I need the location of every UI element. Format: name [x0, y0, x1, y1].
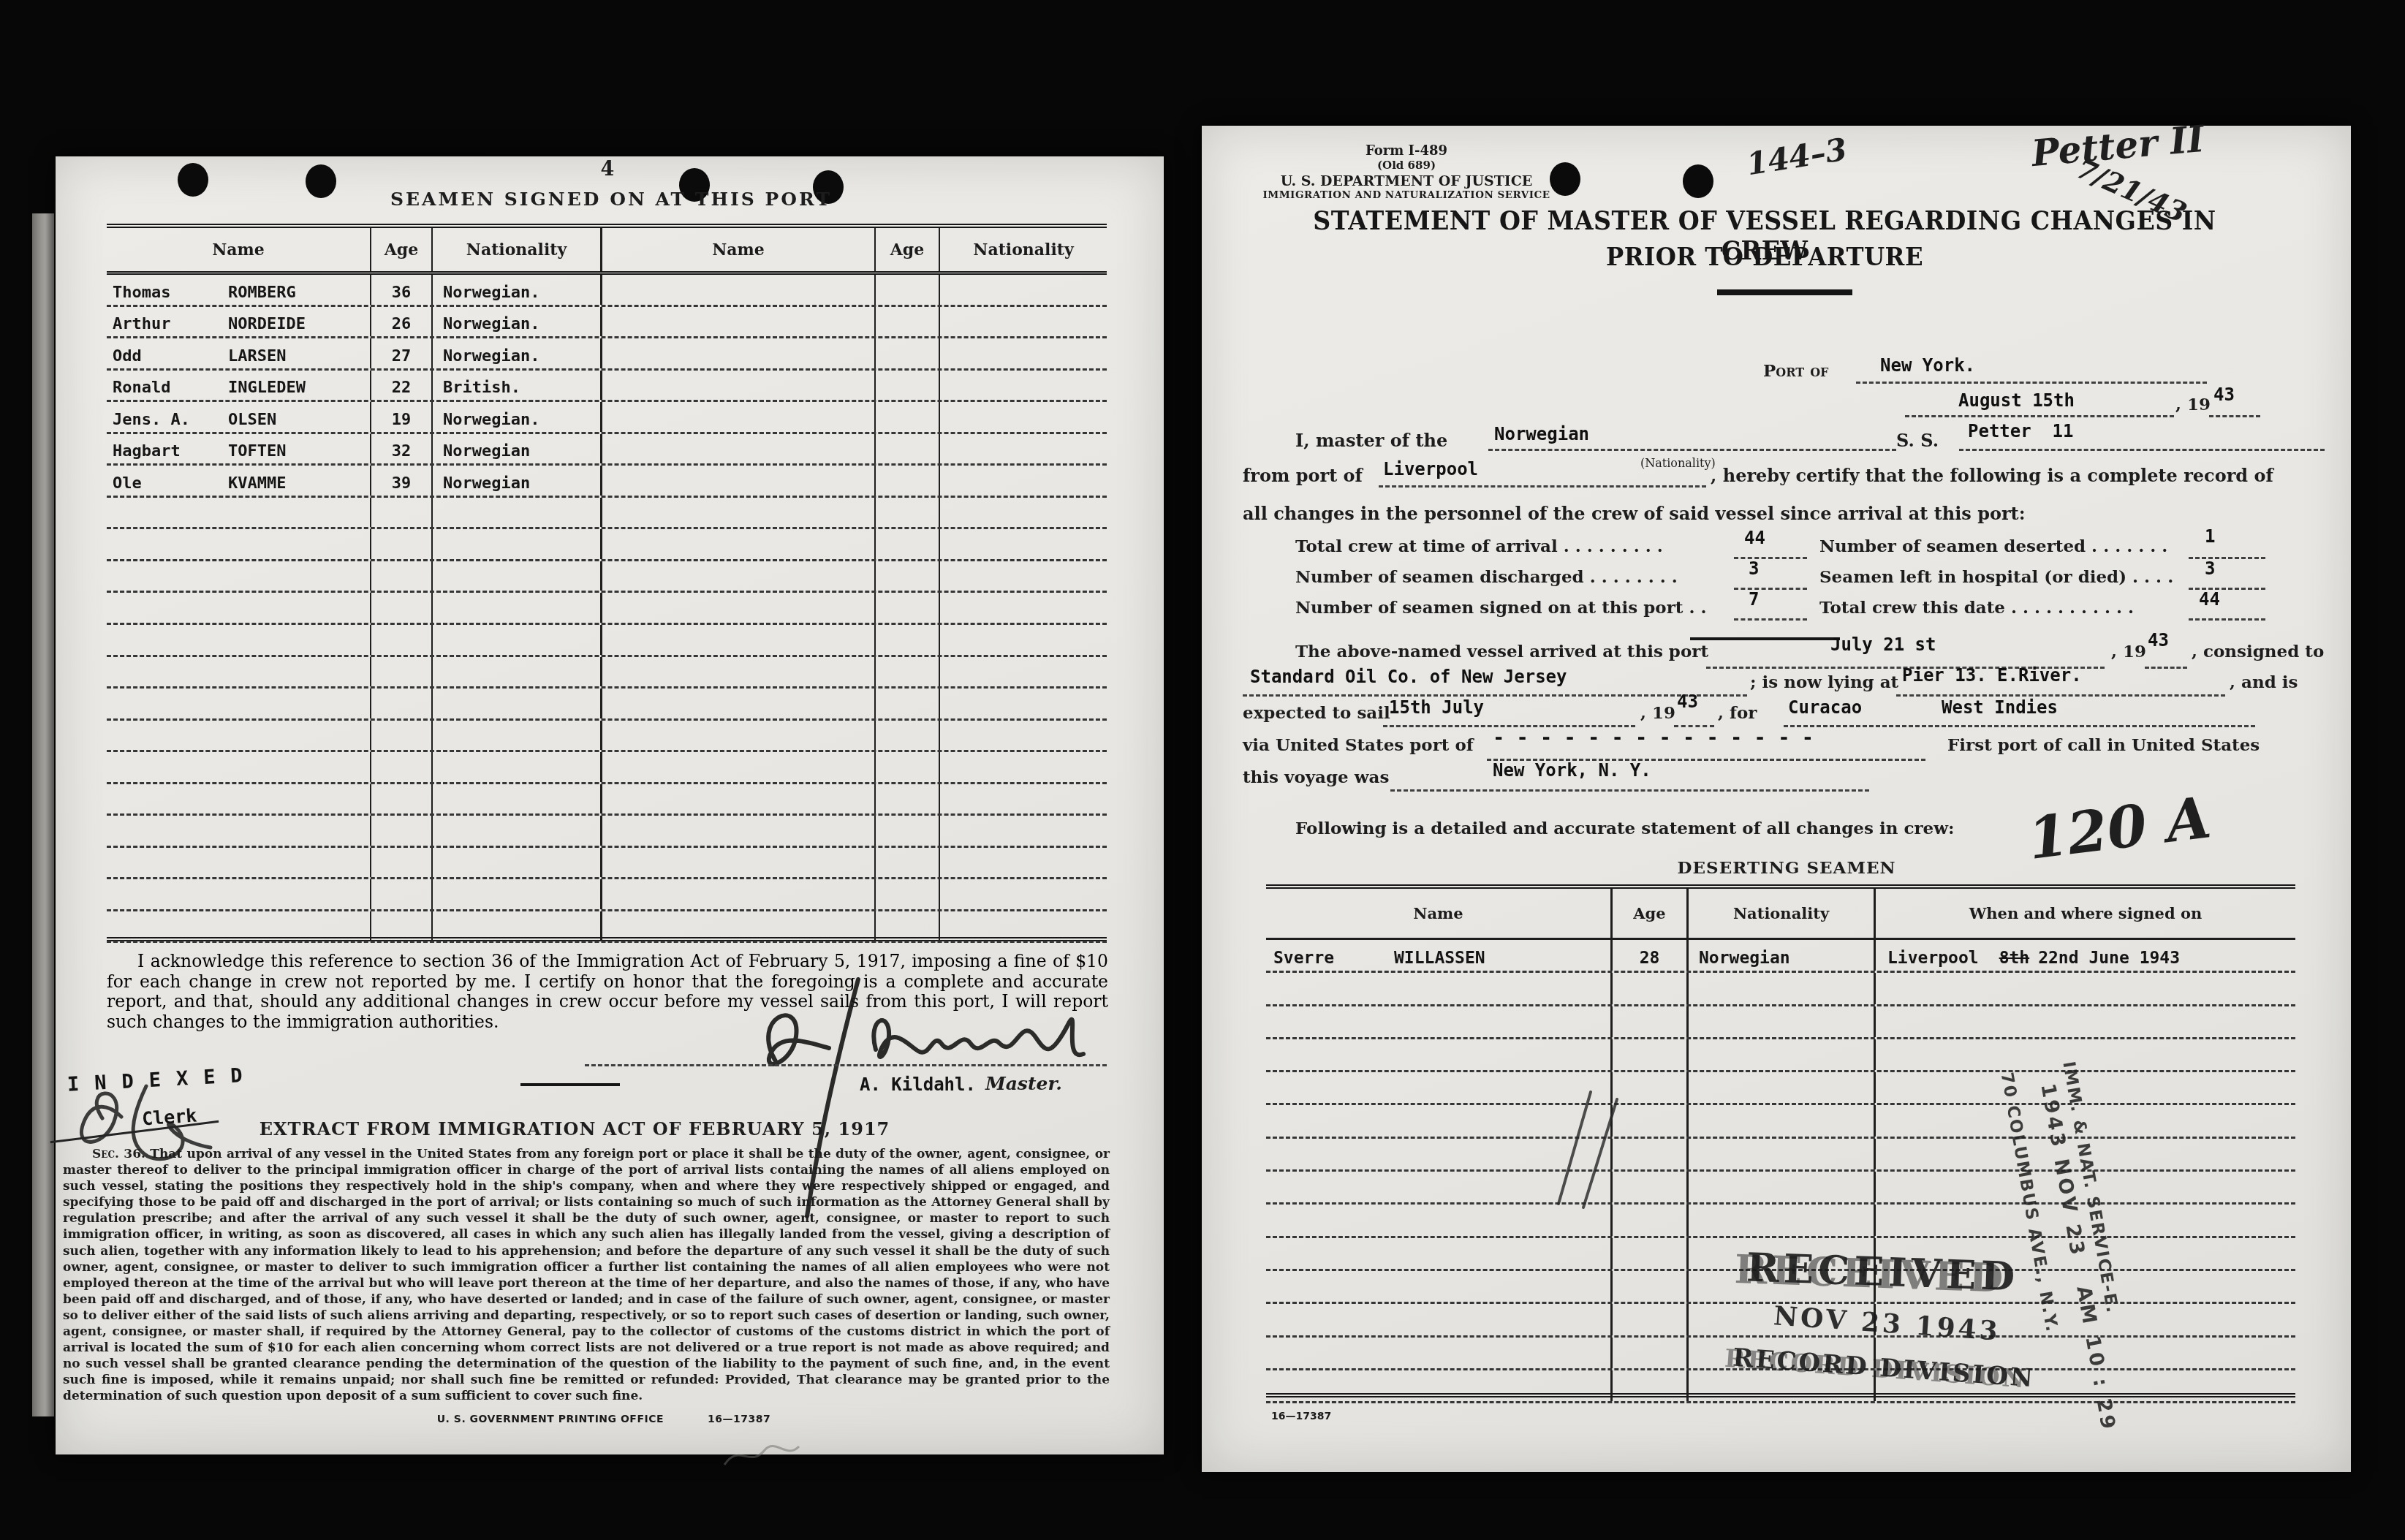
arrive-date-value: July 21 st: [1830, 634, 1936, 655]
for-label: , for: [1718, 703, 1757, 723]
section-label: Sec. 36.: [92, 1147, 145, 1161]
divider-rule: [520, 1083, 620, 1086]
form-title-line2: PRIOR TO DEPARTURE: [1286, 243, 2244, 272]
port-value: New York.: [1880, 355, 1975, 376]
stat-blank-line: [2189, 618, 2265, 621]
table-row-empty: [1266, 1006, 2295, 1039]
stat-hospital-value: 3: [2205, 558, 2215, 579]
given-name: Hagbart: [107, 442, 228, 460]
nationality: Norwegian: [1699, 949, 1790, 968]
via-port-label: via United States port of: [1243, 735, 1474, 755]
table-row: OddLARSEN 27 Norwegian.: [107, 338, 1107, 371]
and-is-label: , and is: [2230, 672, 2298, 692]
handwritten-file-number: 144–3: [1744, 132, 1849, 183]
right-page: Form I-489 (Old 689) U. S. DEPARTMENT OF…: [1202, 126, 2351, 1472]
service-address-line2: 70 COLUMBUS AVE., N.Y.: [1996, 1071, 2062, 1335]
punch-hole: [1683, 164, 1713, 198]
from-port-label: from port of: [1243, 465, 1363, 486]
age: 28: [1640, 949, 1660, 968]
printed-19: , 19: [1640, 703, 1675, 723]
given-name: Odd: [107, 347, 228, 365]
given-name: Sverre: [1266, 949, 1394, 968]
extract-heading: EXTRACT FROM IMMIGRATION ACT OF FEBRUARY…: [99, 1118, 1050, 1139]
page-edge-strip: [32, 213, 54, 1416]
first-port-label: First port of call in United States: [1947, 735, 2260, 755]
received-stamp: RECEIVED: [1746, 1244, 2020, 1300]
stat-deserted-value: 1: [2205, 526, 2215, 547]
stat-total-date-value: 44: [2199, 589, 2220, 610]
nationality-caption: (Nationality): [1640, 456, 1716, 470]
lying-value: Pier 13. E.River.: [1902, 665, 2082, 686]
nationality: British.: [443, 379, 520, 397]
table-row: Jens. A.OLSEN 19 Norwegian.: [107, 402, 1107, 434]
consigned-label: , consigned to: [2192, 642, 2324, 661]
column-header-nationality: Nationality: [1689, 889, 1876, 938]
following-line: Following is a detailed and accurate sta…: [1295, 819, 1954, 838]
age: 27: [392, 347, 412, 365]
title-underline: [1717, 289, 1852, 295]
table-row: ArthurNORDEIDE 26 Norwegian.: [107, 307, 1107, 339]
certify-label: , hereby certify that the following is a…: [1711, 465, 2273, 486]
signature-title: Master.: [985, 1073, 1062, 1094]
given-name: Ole: [107, 474, 228, 493]
surname: NORDEIDE: [228, 315, 306, 333]
voyage-blank: [1390, 789, 1869, 792]
table-row-empty: [107, 816, 1107, 848]
punch-hole: [178, 163, 208, 197]
surname: LARSEN: [228, 347, 286, 365]
master-of-label: I, master of the: [1295, 430, 1447, 451]
punch-hole: [1550, 162, 1580, 196]
given-name: Thomas: [107, 284, 228, 302]
section-divider-rule: [1690, 637, 1840, 640]
nationality: Norwegian.: [443, 411, 539, 429]
page-number: 4: [593, 158, 622, 181]
handwritten-slash-marks: [1545, 1083, 1633, 1215]
destination-region-value: West Indies: [1942, 697, 2058, 718]
consignee-blank: [1243, 694, 1747, 697]
surname: TOFTEN: [228, 442, 286, 460]
arrive-year-value: 43: [2148, 630, 2169, 650]
form-number: Form I-489: [1238, 143, 1575, 159]
sail-date-value: 15th July: [1389, 697, 1484, 718]
column-header-age: Age: [371, 228, 433, 271]
all-changes-line: all changes in the personnel of the crew…: [1243, 503, 2026, 524]
table-row-empty: [107, 784, 1107, 816]
year-blank-line: [2209, 415, 2260, 417]
table-row: HagbartTOFTEN 32 Norwegian: [107, 434, 1107, 466]
consignee-value: Standard Oil Co. of New Jersey: [1250, 667, 1567, 687]
surname: WILLASSEN: [1394, 949, 1485, 968]
sail-year-value: 43: [1677, 691, 1698, 712]
given-name: Jens. A.: [107, 411, 228, 429]
form-identification-block: Form I-489 (Old 689) U. S. DEPARTMENT OF…: [1238, 143, 1575, 201]
stat-deserted-label: Number of seamen deserted . . . . . . .: [1819, 536, 2167, 556]
gpo-footer: U. S. GOVERNMENT PRINTING OFFICE16—17387: [311, 1414, 896, 1425]
stat-blank-line: [2189, 557, 2265, 559]
table-row-empty: [107, 879, 1107, 911]
surname: KVAMME: [228, 474, 286, 493]
column-header-age: Age: [1613, 889, 1689, 938]
sail-label: expected to sail: [1243, 703, 1390, 723]
nationality: Norwegian: [443, 474, 530, 493]
age: 26: [392, 315, 412, 333]
column-header-signed-on: When and where signed on: [1876, 889, 2295, 938]
table-row-empty: [1266, 1039, 2295, 1072]
stat-blank-line: [1734, 588, 1807, 590]
table-row-empty: [107, 689, 1107, 721]
vessel-name-value: Petter 11: [1968, 421, 2074, 441]
age: 22: [392, 379, 412, 397]
table-row-empty: [107, 657, 1107, 689]
nationality: Norwegian.: [443, 284, 539, 302]
port-blank-line: [1856, 382, 2207, 384]
form-number-old: (Old 689): [1238, 159, 1575, 172]
struck-date: 8th: [1999, 949, 2030, 968]
table-row-empty: [107, 721, 1107, 753]
column-header-name: Name: [107, 228, 371, 271]
left-page: 4 SEAMEN SIGNED ON AT THIS PORT Name Age…: [56, 156, 1164, 1454]
document-scan: 4 SEAMEN SIGNED ON AT THIS PORT Name Age…: [0, 0, 2405, 1540]
lying-label: ; is now lying at: [1750, 672, 1898, 692]
arrived-label: The above-named vessel arrived at this p…: [1295, 642, 1708, 661]
table-row-empty: [107, 561, 1107, 593]
deserting-seamen-title: DESERTING SEAMEN: [1421, 858, 2152, 878]
ss-label: S. S.: [1896, 430, 1939, 451]
stat-hospital-label: Seamen left in hospital (or died) . . . …: [1819, 567, 2173, 587]
table-row: OleKVAMME 39 Norwegian: [107, 466, 1107, 498]
form-print-number: 16—17387: [1271, 1411, 1331, 1422]
stat-total-arrival-value: 44: [1744, 528, 1765, 548]
table-row-empty: [107, 593, 1107, 625]
vessel-blank-line: [1959, 449, 2325, 451]
gpo-office: U. S. GOVERNMENT PRINTING OFFICE: [437, 1414, 664, 1425]
table-row-empty: [107, 625, 1107, 657]
nationality-value: Norwegian: [1494, 424, 1589, 444]
voyage-value: New York, N. Y.: [1493, 760, 1651, 781]
port-of-label: Port of: [1763, 361, 1828, 381]
age: 32: [392, 442, 412, 460]
stat-signed-on-value: 7: [1749, 589, 1759, 610]
table-row-empty: [1266, 1105, 2295, 1138]
given-name: Arthur: [107, 315, 228, 333]
via-port-typed-dashes: - - - - - - - - - - - - - -: [1493, 727, 1814, 749]
table-row-empty: [107, 848, 1107, 880]
table-row-empty: [107, 752, 1107, 784]
left-page-title: SEAMEN SIGNED ON AT THIS PORT: [330, 189, 893, 210]
printed-19: , 19: [2175, 395, 2211, 414]
signature-line: [585, 1064, 1107, 1066]
table-row-empty: [1266, 1139, 2295, 1172]
nationality: Norwegian.: [443, 347, 539, 365]
table-row-empty: [107, 911, 1107, 944]
stat-discharged-label: Number of seamen discharged . . . . . . …: [1295, 567, 1678, 587]
arrive-year-blank: [2145, 667, 2187, 669]
signed-place: Liverpool: [1887, 949, 1979, 968]
table-body: ThomasROMBERG 36 Norwegian. ArthurNORDEI…: [107, 275, 1107, 943]
table-header-row: Name Age Nationality Name Age Nationalit…: [107, 228, 1107, 275]
table-row-empty: [1266, 1072, 2295, 1105]
nationality: Norwegian: [443, 442, 530, 460]
column-header-nationality: Nationality: [940, 228, 1107, 271]
stat-signed-on-label: Number of seamen signed on at this port …: [1295, 598, 1706, 618]
section-text: That upon arrival of any vessel in the U…: [63, 1147, 1110, 1403]
nationality-blank-line: [1488, 449, 1896, 451]
date-value: August 15th: [1958, 390, 2075, 411]
seamen-signed-on-table: Name Age Nationality Name Age Nationalit…: [107, 224, 1107, 941]
pencil-scribble: [717, 1432, 805, 1476]
surname: ROMBERG: [228, 284, 296, 302]
destination-blank: [1784, 725, 2255, 727]
nationality: Norwegian.: [443, 315, 539, 333]
table-row-empty: [107, 529, 1107, 561]
signature-typed-name: A. Kildahl.: [860, 1074, 976, 1095]
surname: OLSEN: [228, 411, 276, 429]
column-header-name: Name: [602, 228, 876, 271]
voyage-label: this voyage was: [1243, 767, 1389, 787]
form-print-number: 16—17387: [708, 1414, 770, 1425]
stat-total-arrival-label: Total crew at time of arrival . . . . . …: [1295, 536, 1663, 556]
from-port-blank-line: [1379, 485, 1706, 488]
service-address-line1: IMM. & NAT. SERVICE-E.: [2058, 1060, 2124, 1324]
table-row: RonaldINGLEDEW 22 British.: [107, 371, 1107, 403]
stat-blank-line: [1734, 618, 1807, 621]
table-row-empty: [107, 498, 1107, 530]
age: 36: [392, 284, 412, 302]
stat-total-date-label: Total crew this date . . . . . . . . . .…: [1819, 598, 2134, 618]
column-header-nationality: Nationality: [433, 228, 602, 271]
surname: INGLEDEW: [228, 379, 306, 397]
table-header-row: Name Age Nationality When and where sign…: [1266, 889, 2295, 940]
column-header-age: Age: [876, 228, 940, 271]
age: 39: [392, 474, 412, 493]
age: 19: [392, 411, 412, 429]
stat-discharged-value: 3: [1749, 558, 1759, 579]
table-row: ThomasROMBERG 36 Norwegian.: [107, 275, 1107, 307]
date-blank-line: [1905, 415, 2174, 417]
column-header-name: Name: [1266, 889, 1613, 938]
table-row: SverreWILLASSEN 28 Norwegian Liverpool8t…: [1266, 940, 2295, 973]
date-year: 43: [2213, 384, 2235, 405]
stat-blank-line: [1734, 557, 1807, 559]
signed-date: 22nd June 1943: [2038, 949, 2180, 968]
printed-19: , 19: [2111, 642, 2146, 661]
lying-blank: [1896, 694, 2225, 697]
destination-value: Curacao: [1788, 697, 1862, 718]
given-name: Ronald: [107, 379, 228, 397]
service-name: IMMIGRATION AND NATURALIZATION SERVICE: [1238, 189, 1575, 201]
from-port-value: Liverpool: [1383, 459, 1478, 479]
extract-paragraph: Sec. 36. That upon arrival of any vessel…: [63, 1146, 1110, 1405]
department-name: U. S. DEPARTMENT OF JUSTICE: [1238, 173, 1575, 189]
table-row-empty: [1266, 973, 2295, 1006]
